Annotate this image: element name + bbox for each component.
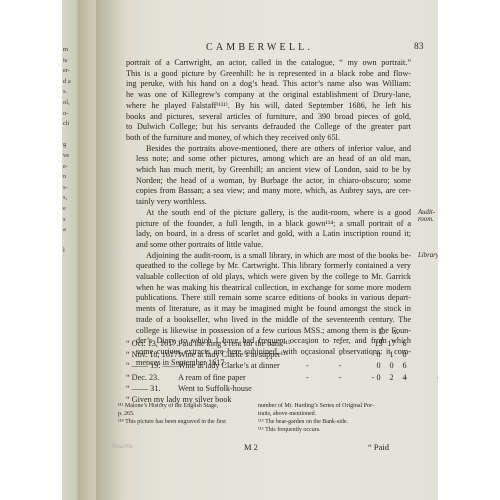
amount-pence: 6: [398, 339, 411, 348]
account-row: “ —— 19. ——Wine at lady Clarke’s at dinn…: [126, 361, 416, 372]
text-line: lady, on board, in a dress of scarlet an…: [126, 229, 411, 240]
account-amount: 010: [372, 350, 416, 359]
amount-pounds: 0: [372, 373, 385, 382]
footnote-line: ¹¹⁴ This picture has been engraved in th…: [118, 418, 253, 426]
account-row: “ Oct. 13, 1617.Paid the king’s rent for…: [126, 339, 416, 350]
text-line: and some other portraits of little value…: [126, 240, 411, 251]
account-row: “ —— 31.Went to Suffolk-house: [126, 384, 416, 395]
text-line: valuable collection of old plays, which …: [126, 272, 411, 283]
amount-pounds: 13: [372, 339, 385, 348]
signature-mark: M 2: [244, 442, 258, 452]
footnotes-right: number of Mr. Harding’s Series of Origin…: [258, 402, 418, 434]
account-description: Paid the king’s rent for the bank¹¹⁵: [178, 339, 291, 348]
marginal-note: Audit-room.: [418, 209, 438, 223]
bleed-through-text: Imaims: [112, 442, 133, 450]
amount-pence: 4: [398, 373, 411, 382]
amount-pence: 0: [398, 350, 411, 359]
catchword: “ Paid: [368, 442, 389, 452]
text-line: portrait of a Cartwright, an actor, call…: [126, 58, 411, 69]
text-line: This is a good picture by Greenhill: he …: [126, 69, 411, 80]
account-row: “ Nov. 18, 1617.Wine at lady Clarke’s at…: [126, 350, 416, 361]
text-line: where he played Falstaff⁽¹¹¹⁾. By his wi…: [126, 101, 411, 112]
text-line: trade of a bookseller, who lived in the …: [126, 315, 411, 326]
account-date: “ Oct. 13, 1617.: [126, 339, 178, 348]
page-number: 83: [414, 42, 424, 52]
footnote-line: ¹¹¹ Malone’s History of the English Stag…: [118, 402, 253, 410]
account-amount: 006: [372, 361, 416, 370]
pounds-header: £.: [376, 327, 388, 336]
page-header: CAMBERWELL. 83: [96, 42, 438, 56]
marginal-note: Library.: [418, 252, 438, 259]
account-description: Wine at lady Clarke’s at dinner: [178, 361, 280, 370]
footnote-line: number of Mr. Harding’s Series of Origin…: [258, 402, 418, 410]
amount-shillings: 17: [385, 339, 398, 348]
account-date: “ Nov. 18, 1617.: [126, 350, 180, 359]
amount-shillings: 2: [385, 373, 398, 382]
account-amount: 024: [372, 373, 416, 382]
account-description: Went to Suffolk-house: [178, 384, 252, 393]
text-line: books and pictures, several articles of …: [126, 112, 411, 123]
text-line: college is likewise in possession of a f…: [126, 326, 411, 337]
account-description: Wine at lady Clarke’s at supper¹¹⁶: [178, 350, 288, 359]
text-line: Norden; the head of a woman, by Burbage …: [126, 176, 411, 187]
account-dots: - -: [306, 361, 356, 370]
text-line: picture of the founder, a full length, i…: [126, 219, 411, 230]
account-date: “ —— 19. ——: [126, 361, 179, 370]
account-row: “ Dec. 23.A ream of fine paper- - - - -0…: [126, 373, 416, 384]
text-line: Adjoining the audit-room, is a small lib…: [126, 251, 411, 262]
shillings-header: s.: [390, 327, 402, 336]
text-line: to Dulwich College; but his servants def…: [126, 122, 411, 133]
background-right: [438, 0, 500, 500]
footnotes-left: ¹¹¹ Malone’s History of the English Stag…: [118, 402, 253, 426]
paragraph: portrait of a Cartwright, an actor, call…: [126, 58, 411, 144]
text-line: ments of literature, as it may be imagin…: [126, 304, 411, 315]
text-line: when he was making his theatrical collec…: [126, 283, 411, 294]
body-text: portrait of a Cartwright, an actor, call…: [126, 58, 411, 368]
account-amount: [372, 384, 416, 393]
amount-pence: 6: [398, 361, 411, 370]
footnote-line: ¹¹⁶ This frequently occurs.: [258, 426, 418, 434]
text-line: tainly very worthless.: [126, 197, 411, 208]
amount-shillings: 0: [385, 361, 398, 370]
text-line: both of the furniture and money, of whic…: [126, 133, 411, 144]
text-line: which has much merit, by Greenhill; an a…: [126, 165, 411, 176]
footnote-line: traits, above-mentioned.: [258, 410, 418, 418]
account-dots: - -: [306, 339, 356, 348]
account-date: “ —— 31.: [126, 384, 160, 393]
text-line: ing peruke, with his hand on a dog’s hea…: [126, 79, 411, 90]
footnote-line: p. 265.: [118, 410, 253, 418]
text-line: copies from Bassan; a sea view; and many…: [126, 186, 411, 197]
text-line: Besides the portraits above-mentioned, t…: [126, 144, 411, 155]
account-amount: 13176: [372, 339, 416, 348]
amount-shillings: 1: [385, 350, 398, 359]
text-line: he was one of Killegrew’s company at the…: [126, 90, 411, 101]
text-line: queathed to the college by Mr. Cartwrigh…: [126, 261, 411, 272]
footnote-line: ¹¹⁵ The bear-garden on the Bank-side.: [258, 418, 418, 426]
text-line: less note; and some other pictures, amon…: [126, 154, 411, 165]
running-head: CAMBERWELL.: [206, 42, 313, 53]
paragraph: At the south end of the picture gallery,…: [126, 208, 411, 251]
account-description: A ream of fine paper: [178, 373, 246, 382]
account-date: “ Dec. 23.: [126, 373, 159, 382]
text-line: At the south end of the picture gallery,…: [126, 208, 411, 219]
amount-pounds: 0: [372, 350, 385, 359]
text-line: publications. There still remain some sc…: [126, 293, 411, 304]
amount-pounds: 0: [372, 361, 385, 370]
paragraph: Besides the portraits above-mentioned, t…: [126, 144, 411, 208]
book-page: CAMBERWELL. 83 portrait of a Cartwright,…: [96, 0, 438, 500]
